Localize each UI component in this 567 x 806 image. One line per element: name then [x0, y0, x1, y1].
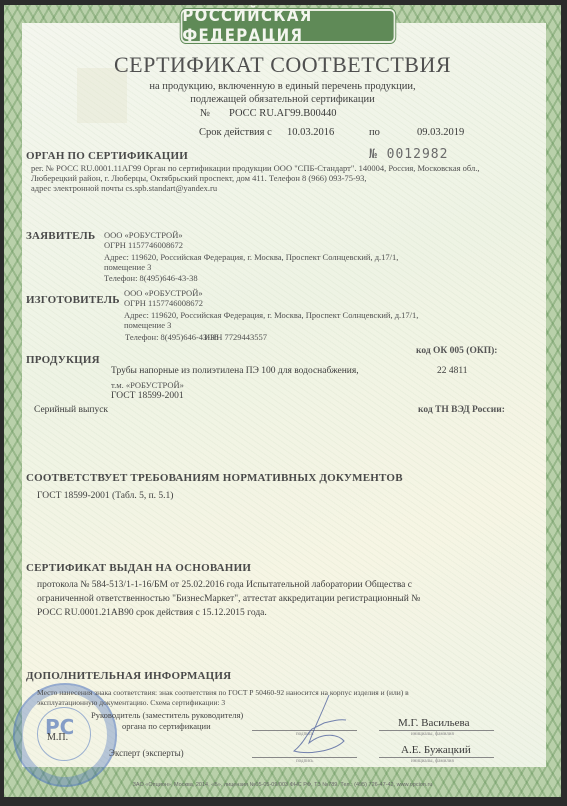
manufacturer-address-2: помещение 3: [124, 320, 171, 330]
applicant-address-2: помещение 3: [104, 262, 151, 272]
basis-line-2: ограниченной ответственностью "БизнесМар…: [37, 594, 420, 604]
stamp-label: М.П.: [47, 732, 68, 743]
certificate-sheet: РОССИЙСКАЯ ФЕДЕРАЦИЯ СЕРТИФИКАТ СООТВЕТС…: [4, 5, 561, 797]
certification-body-line-1: рег. № РОСС RU.0001.11АГ99 Орган по серт…: [31, 163, 479, 173]
manufacturer-heading: ИЗГОТОВИТЕЛЬ: [26, 294, 120, 306]
certification-body-line-2: Люберецкий район, г. Люберцы, Октябрьски…: [31, 173, 366, 183]
serial-release: Серийный выпуск: [34, 405, 108, 415]
okp-label: код ОК 005 (ОКП):: [416, 346, 497, 356]
head-name: М.Г. Васильева: [398, 717, 469, 729]
applicant-address: Адрес: 119620, Российская Федерация, г. …: [104, 252, 398, 262]
form-number: № 0012982: [369, 147, 448, 162]
okp-value: 22 4811: [437, 366, 468, 376]
validity-label: Срок действия с: [199, 127, 272, 138]
compliance-document: ГОСТ 18599-2001 (Табл. 5, п. 5.1): [37, 491, 173, 501]
manufacturer-address: Адрес: 119620, Российская Федерация, г. …: [124, 310, 418, 320]
basis-line-1: протокола № 584-513/1-1-16/БМ от 25.02.2…: [37, 580, 412, 590]
expert-label: Эксперт (эксперты): [109, 748, 184, 758]
compliance-heading: СООТВЕТСТВУЕТ ТРЕБОВАНИЯМ НОРМАТИВНЫХ ДО…: [26, 472, 403, 484]
applicant-ogrn: ОГРН 1157746008672: [104, 240, 183, 250]
country-banner: РОССИЙСКАЯ ФЕДЕРАЦИЯ: [181, 9, 396, 43]
valid-to: 09.03.2019: [417, 127, 464, 138]
subtitle-line-1: на продукцию, включенную в единый перече…: [4, 81, 561, 92]
printer-footer: ЗАО «Опцион», Москва, 2014, «Б», лицензи…: [4, 782, 561, 788]
tnved-label: код ТН ВЭД России:: [418, 405, 505, 415]
head-name-hint: инициалы, фамилия: [411, 732, 454, 737]
head-name-line: [379, 730, 494, 731]
product-line-2: т.м. «РОБУСТРОЙ»: [111, 380, 184, 390]
product-heading: ПРОДУКЦИЯ: [26, 354, 100, 366]
applicant-name: ООО «РОБУСТРОЙ»: [104, 230, 183, 240]
product-line-1: Трубы напорные из полиэтилена ПЭ 100 для…: [111, 366, 359, 376]
applicant-heading: ЗАЯВИТЕЛЬ: [26, 230, 95, 242]
valid-from: 10.03.2016: [287, 127, 334, 138]
certificate-title: СЕРТИФИКАТ СООТВЕТСТВИЯ: [4, 52, 561, 78]
subtitle-line-2: подлежащей обязательной сертификации: [4, 94, 561, 105]
expert-name-hint: инициалы, фамилия: [411, 759, 454, 764]
manufacturer-name: ООО «РОБУСТРОЙ»: [124, 288, 203, 298]
certification-body-line-3: адрес электронной почты cs.spb.standart@…: [31, 183, 217, 193]
expert-name: А.Е. Бужацкий: [401, 744, 471, 756]
certificate-body: [22, 23, 546, 767]
head-label-1: Руководитель (заместитель руководителя): [91, 710, 243, 720]
applicant-phone: Телефон: 8(495)646-43-38: [104, 273, 198, 283]
manufacturer-ogrn: ОГРН 1157746008672: [124, 298, 203, 308]
basis-heading: СЕРТИФИКАТ ВЫДАН НА ОСНОВАНИИ: [26, 562, 251, 574]
product-line-3: ГОСТ 18599-2001: [111, 391, 184, 401]
head-label-2: органа по сертификации: [122, 721, 211, 731]
basis-line-3: РОСС RU.0001.21АВ90 срок действия с 15.1…: [37, 608, 267, 618]
additional-info-line-2: эксплуатационную документацию. Схема сер…: [37, 698, 225, 707]
certification-body-heading: ОРГАН ПО СЕРТИФИКАЦИИ: [26, 150, 188, 162]
cert-number: РОСС RU.АГ99.В00440: [229, 108, 337, 119]
additional-info-heading: ДОПОЛНИТЕЛЬНАЯ ИНФОРМАЦИЯ: [26, 670, 231, 682]
manufacturer-inn: ИНН 7729443557: [204, 332, 267, 342]
valid-to-label: по: [369, 127, 380, 138]
expert-signature-hint: подпись: [296, 759, 313, 764]
cert-number-label: №: [200, 108, 210, 119]
expert-name-line: [379, 757, 494, 758]
signature-scribble: [284, 693, 364, 758]
